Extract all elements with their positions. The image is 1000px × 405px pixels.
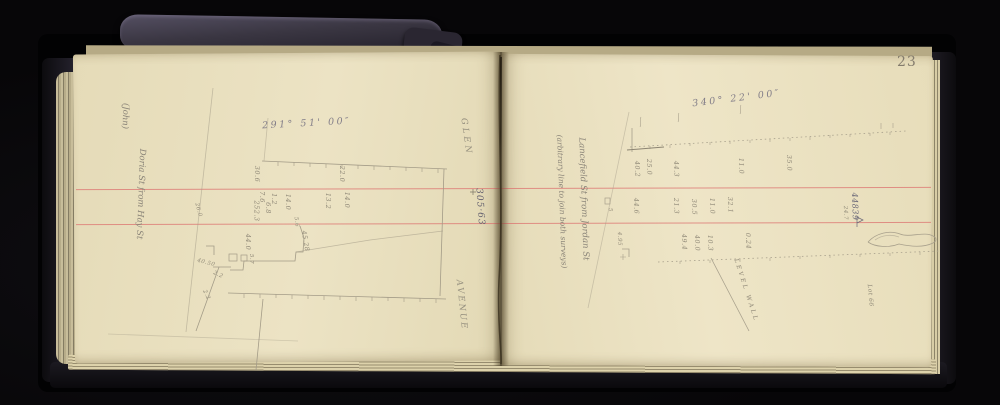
measurement-label: 5.7 [248,254,254,264]
measurement-label: 25.0 [645,159,654,176]
binding-gutter [493,52,509,366]
measurement-label: 13.2 [324,193,332,209]
measurement-label: 6.8 [264,202,272,214]
page-number: 23 [897,54,917,70]
measurement-label: 11.0 [708,198,717,215]
measurement-label: 35.0 [785,155,794,172]
margin-note-left-line2: (John) [119,92,131,140]
measurement-label: 24.7 [842,206,848,220]
measurement-label: 44.0 [244,234,252,250]
measurement-label: 49.4 [680,234,689,251]
measurement-label: 11.0 [737,158,746,175]
measurement-label: 30.5 [690,199,699,216]
measurement-label: 22.0 [338,166,346,182]
measurement-label: 40.0 [693,235,702,252]
measurement-label: 14.0 [343,192,351,208]
measurement-label: 21.3 [672,198,681,215]
measurement-label: 40.2 [633,161,642,178]
measurement-label: 44.3 [672,161,681,178]
measurement-label: 252.3 [253,200,261,221]
book-reference-label: 44839 [850,192,860,220]
measurement-label: 5 [607,208,613,212]
measurement-label: 14.0 [284,194,292,210]
measurement-label: 0.24 [744,233,753,250]
measurement-label: 5.6 [293,217,300,228]
measurement-label: 10.3 [706,235,715,252]
measurement-label: 30.6 [253,166,261,182]
measurement-label: 32.1 [726,197,735,214]
notebook-photo: 23 291° 51' 00″ GLEN AVENUE 305·63 Doria… [0,0,1000,405]
measurement-label: 44.6 [632,198,641,215]
measurement-label: 4.95 [616,232,622,246]
